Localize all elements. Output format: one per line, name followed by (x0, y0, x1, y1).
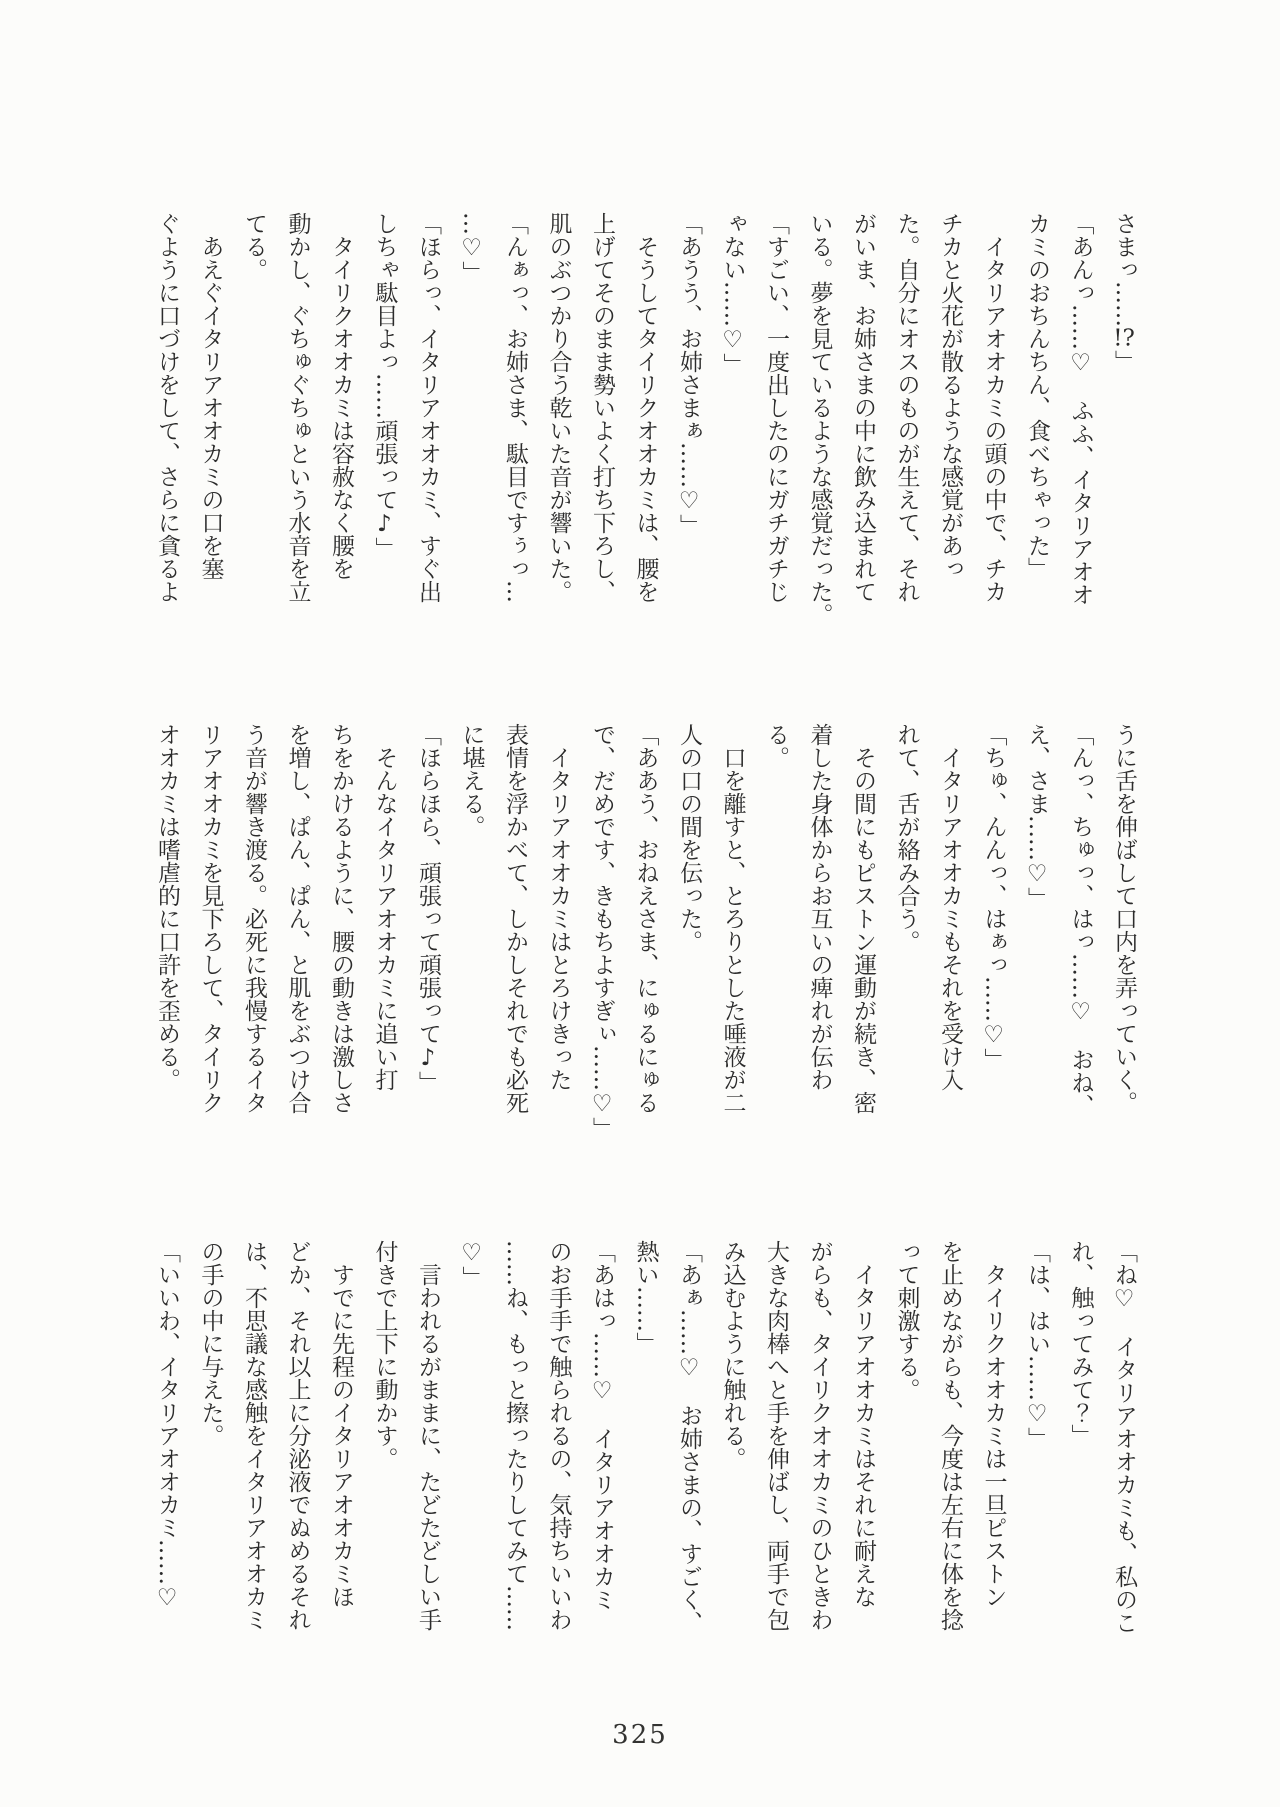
text-column: え、さま……♡」 (1015, 723, 1059, 1121)
text-column: 「あはっ……♡ イタリアオオカミ (580, 1240, 624, 1638)
text-column: そんなイタリアオオカミに追い打 (362, 723, 406, 1121)
text-column: を増し、ぱん、ぱん、と肌をぶつけ合 (275, 723, 319, 1121)
text-column: タイリクオオカミは一旦ピストン (971, 1240, 1015, 1638)
text-column: ゃない……♡」 (710, 212, 754, 610)
text-column: 「んぁっ、お姉さま、駄目ですぅっ… (493, 212, 537, 610)
text-column: イタリアオオカミはそれに耐えな (841, 1240, 885, 1638)
text-column: 付きで上下に動かす。 (362, 1240, 406, 1638)
text-column: その間にもピストン運動が続き、密 (841, 723, 885, 1121)
text-column: 「んっ、ちゅっ、はっ……♡ おね、 (1058, 723, 1102, 1121)
text-column: 人の口の間を伝った。 (667, 723, 711, 1121)
text-column: さまっ……!?」 (1102, 212, 1146, 610)
text-column: どか、それ以上に分泌液でぬめるそれ (275, 1240, 319, 1638)
text-column: 表情を浮かべて、しかしそれでも必死 (493, 723, 537, 1121)
text-column: に堪える。 (449, 723, 493, 1121)
text-column: で、だめです、きもちよすぎぃ……♡」 (580, 723, 624, 1121)
text-band-bottom: 「ね♡ イタリアオオカミも、私のこれ、触ってみて？」「は、はい……♡」 タイリク… (145, 1240, 1146, 1638)
text-column: 言われるがままに、たどたどしい手 (406, 1240, 450, 1638)
text-column: れ、触ってみて？」 (1058, 1240, 1102, 1638)
text-column: あえぐイタリアオオカミの口を塞 (188, 212, 232, 610)
text-column: って刺激する。 (884, 1240, 928, 1638)
text-column: 動かし、ぐちゅぐちゅという水音を立 (275, 212, 319, 610)
text-column: ちをかけるように、腰の動きは激しさ (319, 723, 363, 1121)
text-column: しちゃ駄目よっ……頑張って♪」 (362, 212, 406, 610)
text-column: すでに先程のイタリアオオカミほ (319, 1240, 363, 1638)
text-column: ……ね、もっと擦ったりしてみて…… (493, 1240, 537, 1638)
novel-page: さまっ……!?」「あんっ……♡ ふふ、イタリアオオカミのおちんちん、食べちゃった… (0, 0, 1280, 1807)
text-column: 「あんっ……♡ ふふ、イタリアオオ (1058, 212, 1102, 610)
text-column: を止めながらも、今度は左右に体を捻 (928, 1240, 972, 1638)
text-column: 「ね♡ イタリアオオカミも、私のこ (1102, 1240, 1146, 1638)
text-column: ぐように口づけをして、さらに貪るよ (145, 212, 189, 610)
text-column: 上げてそのまま勢いよく打ち下ろし、 (580, 212, 624, 610)
text-column: 「すごい、一度出したのにガチガチじ (754, 212, 798, 610)
text-column: オオカミは嗜虐的に口許を歪める。 (145, 723, 189, 1121)
text-column: 「あぁ……♡ お姉さまの、すごく、 (667, 1240, 711, 1638)
text-column: イタリアオオカミはとろけきった (536, 723, 580, 1121)
text-column: チカと火花が散るような感覚があっ (928, 212, 972, 610)
text-column: 「あうう、お姉さまぁ……♡」 (667, 212, 711, 610)
text-column: 「ほらっ、イタリアオオカミ、すぐ出 (406, 212, 450, 610)
text-column: み込むように触れる。 (710, 1240, 754, 1638)
text-column: 「いいわ、イタリアオオカミ……♡ (145, 1240, 189, 1638)
tatechuyoko-exclamation-question: !? (1111, 327, 1137, 350)
text-column: がらも、タイリクオオカミのひときわ (797, 1240, 841, 1638)
text-band-top: さまっ……!?」「あんっ……♡ ふふ、イタリアオオカミのおちんちん、食べちゃった… (145, 212, 1146, 610)
text-column: 「ちゅ、んんっ、はぁっ……♡」 (971, 723, 1015, 1121)
text-column: イタリアオオカミの頭の中で、チカ (971, 212, 1015, 610)
text-column: 「ああう、おねえさま、にゅるにゅる (623, 723, 667, 1121)
text-column: 熱い……」 (623, 1240, 667, 1638)
text-column: のお手手で触られるの、気持ちいいわ (536, 1240, 580, 1638)
text-column: うに舌を伸ばして口内を弄っていく。 (1102, 723, 1146, 1121)
text-column: ♡」 (449, 1240, 493, 1638)
text-column: は、不思議な感触をイタリアオオカミ (232, 1240, 276, 1638)
text-column: タイリクオオカミは容赦なく腰を (319, 212, 363, 610)
text-column: …♡」 (449, 212, 493, 610)
text-column: た。自分にオスのものが生えて、それ (884, 212, 928, 610)
text-column: る。 (754, 723, 798, 1121)
text-column: イタリアオオカミもそれを受け入 (928, 723, 972, 1121)
text-column: う音が響き渡る。必死に我慢するイタ (232, 723, 276, 1121)
text-column: れて、舌が絡み合う。 (884, 723, 928, 1121)
text-column: 大きな肉棒へと手を伸ばし、両手で包 (754, 1240, 798, 1638)
text-band-middle: うに舌を伸ばして口内を弄っていく。「んっ、ちゅっ、はっ……♡ おね、え、さま……… (145, 723, 1146, 1121)
text-column: がいま、お姉さまの中に飲み込まれて (841, 212, 885, 610)
text-column: 「は、はい……♡」 (1015, 1240, 1059, 1638)
text-column: 「ほらほら、頑張って頑張って♪」 (406, 723, 450, 1121)
text-column: カミのおちんちん、食べちゃった」 (1015, 212, 1059, 610)
text-column: いる。夢を見ているような感覚だった。 (797, 212, 841, 610)
text-column: の手の中に与えた。 (188, 1240, 232, 1638)
text-column: 着した身体からお互いの痺れが伝わ (797, 723, 841, 1121)
text-column: 口を離すと、とろりとした唾液が二 (710, 723, 754, 1121)
text-column: リアオオカミを見下ろして、タイリク (188, 723, 232, 1121)
page-number: 325 (0, 1720, 1280, 1750)
text-column: てる。 (232, 212, 276, 610)
text-column: 肌のぶつかり合う乾いた音が響いた。 (536, 212, 580, 610)
text-column: そうしてタイリクオオカミは、腰を (623, 212, 667, 610)
